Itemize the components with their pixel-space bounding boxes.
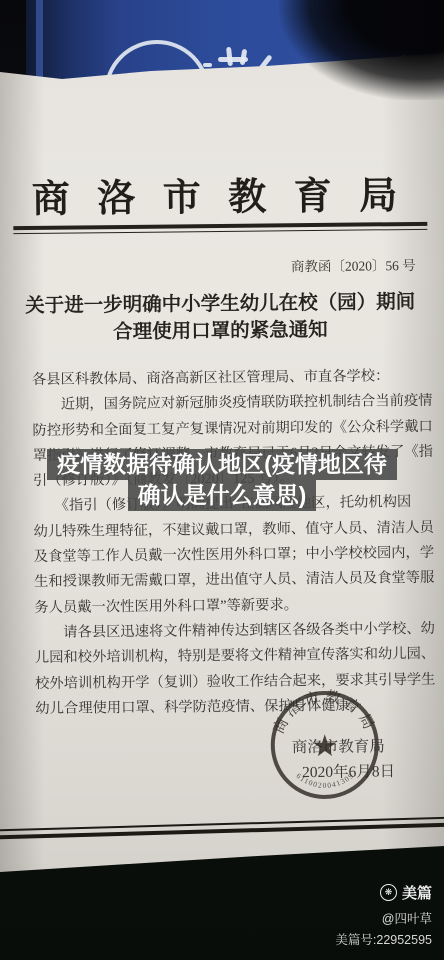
official-seal: 商洛市教育局 6110020041309 ★	[264, 684, 385, 805]
document-title-line1: 关于进一步明确中小学生幼儿在校（园）期间	[0, 289, 442, 321]
caption-line2: 确认是什么意思)	[128, 480, 317, 511]
agency-header: 商 洛 市 教 育 局	[0, 164, 441, 224]
document-body: 各县区科教体局、商洛高新区社区管理局、市直各学校： 近期，国务院应对新冠肺炎疫情…	[32, 364, 423, 722]
document-body-line: 防控形势和全面复工复产复课情况对前期印发的《公众科学戴口	[32, 415, 419, 444]
meipian-logo-icon: ❋	[380, 884, 397, 901]
watermark-brand-name: 美篇	[402, 882, 432, 903]
watermark: ❋ 美篇 @四叶草 美篇号:22952595	[335, 882, 432, 948]
photo-post: 商 洛 市 教 育 局 商教函〔2020〕56 号 关于进一步明确中小学生幼儿在…	[0, 0, 444, 960]
header-rule-thin	[13, 228, 427, 234]
document-body-line: 儿园和校外培训机构，特别是要将文件精神宣传落实和幼儿园、	[35, 642, 422, 671]
document-title-line2: 合理使用口罩的紧急通知	[0, 316, 443, 348]
document-title: 关于进一步明确中小学生幼儿在校（园）期间 合理使用口罩的紧急通知	[0, 289, 443, 348]
caption-overlay: 疫情数据待确认地区(疫情地区待 确认是什么意思)	[0, 449, 444, 511]
document-body-line: 近期，国务院应对新冠肺炎疫情联防联控机制结合当前疫情	[32, 389, 419, 418]
watermark-brand-row: ❋ 美篇	[335, 882, 432, 903]
book-cover-glyph-fragment	[203, 63, 212, 67]
document-number: 商教函〔2020〕56 号	[291, 254, 416, 275]
watermark-id: 美篇号:22952595	[335, 930, 432, 948]
svg-text:6110020041309: 6110020041309	[294, 771, 355, 791]
seal-star-icon: ★	[311, 730, 338, 763]
watermark-username: @四叶草	[335, 909, 432, 927]
footer-rule-thick	[0, 823, 444, 839]
seal-serial-text: 6110020041309	[294, 771, 355, 791]
document-body-line: 生和授课教师无需戴口罩，进出值守人员、清洁人员及食堂等服	[34, 566, 421, 595]
caption-line1: 疫情数据待确认地区(疫情地区待	[47, 449, 397, 480]
